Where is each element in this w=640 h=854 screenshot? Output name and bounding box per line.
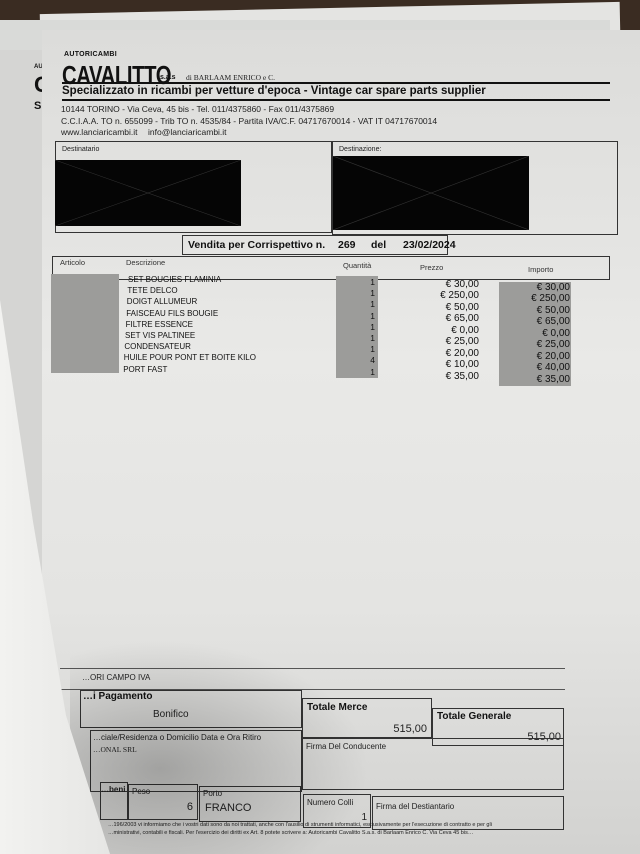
item-quantity: 1	[340, 367, 375, 377]
item-quantity: 1	[340, 322, 375, 332]
header-price: Prezzo	[420, 263, 443, 272]
item-price: € 30,00	[400, 279, 479, 290]
packages-label: Numero Colli	[307, 798, 353, 807]
item-quantity: 1	[340, 311, 375, 321]
address-line: 10144 TORINO - Via Ceva, 45 bis - Tel. 0…	[61, 104, 334, 114]
divider	[62, 99, 610, 101]
item-quantity: 1	[340, 333, 375, 343]
item-description: SET BOUGIES FLAMINIA	[128, 275, 221, 284]
recipient-label: Destinatario	[62, 146, 99, 153]
privacy-note-line1: …196/2003 vi informiamo che i vostri dat…	[108, 822, 492, 828]
item-price: € 10,00	[400, 359, 479, 370]
item-description: FILTRE ESSENCE	[126, 320, 193, 329]
document-number: 269	[338, 239, 356, 251]
brand-top: AUTORICAMBI	[64, 51, 117, 58]
item-description: DOIGT ALLUMEUR	[127, 297, 198, 306]
destination-redaction	[333, 156, 529, 230]
brand-owner: di BARLAAM ENRICO e C.	[186, 73, 275, 82]
weight-box: Peso 6	[128, 784, 198, 820]
item-quantity: 1	[340, 288, 375, 298]
goods-box: …beni	[100, 782, 128, 820]
document-date: 23/02/2024	[403, 239, 456, 251]
item-amount: € 40,00	[500, 362, 570, 373]
item-price: € 35,00	[400, 371, 479, 382]
item-description: HUILE POUR PONT ET BOITE KILO	[124, 353, 256, 362]
residence-value: …ONAL SRL	[93, 745, 137, 754]
residence-label: …ciale/Residenza o Domicilio Data e Ora …	[93, 733, 261, 742]
payment-value: Bonifico	[153, 709, 189, 720]
item-amount: € 250,00	[500, 293, 570, 304]
item-price: € 50,00	[400, 302, 479, 313]
item-price: € 65,00	[400, 313, 479, 324]
item-amount: € 50,00	[500, 305, 570, 316]
header-amount: Importo	[528, 265, 553, 274]
item-description: SET VIS PALTINEE	[125, 331, 195, 340]
driver-signature-box: Firma Del Conducente	[302, 738, 564, 790]
item-quantity: 1	[340, 299, 375, 309]
item-amount: € 30,00	[500, 282, 570, 293]
port-value: FRANCO	[205, 802, 251, 814]
item-quantity: 1	[340, 277, 375, 287]
brand-suffix: s.a.s	[160, 74, 176, 81]
item-description: PORT FAST	[123, 365, 167, 374]
port-label: Porto	[203, 789, 222, 798]
vat-note: …ORI CAMPO IVA	[82, 673, 150, 682]
item-quantity: 4	[340, 355, 375, 365]
driver-signature-label: Firma Del Conducente	[306, 742, 386, 751]
item-description: TETE DELCO	[127, 286, 177, 295]
item-description: CONDENSATEUR	[124, 342, 191, 351]
port-box: Porto FRANCO	[199, 786, 301, 822]
document-title: Vendita per Corrispettivo n.	[188, 239, 325, 251]
registry-line: C.C.I.A.A. TO n. 655099 - Trib TO n. 453…	[61, 116, 437, 126]
tagline: Specializzato in ricambi per vetture d'e…	[62, 85, 486, 97]
vat-note-row: …ORI CAMPO IVA	[60, 668, 565, 690]
item-price: € 20,00	[400, 348, 479, 359]
item-amount: € 65,00	[500, 316, 570, 327]
item-amount: € 25,00	[500, 339, 570, 350]
item-price: € 0,00	[400, 325, 479, 336]
goods-label: …beni	[101, 785, 125, 794]
article-column	[51, 274, 119, 373]
recipient-signature-label: Firma del Destiantario	[376, 802, 454, 811]
document-date-label: del	[371, 239, 386, 251]
item-price: € 250,00	[400, 290, 479, 301]
item-description: FAISCEAU FILS BOUGIE	[126, 309, 218, 318]
total-goods-label: Totale Merce	[307, 702, 367, 713]
item-amount: € 0,00	[500, 328, 570, 339]
payment-label: …i Pagamento	[83, 691, 152, 702]
weight-label: Peso	[132, 787, 150, 796]
grand-total-label: Totale Generale	[437, 711, 511, 722]
divider	[62, 82, 610, 84]
item-amount: € 35,00	[500, 374, 570, 385]
header-article: Articolo	[60, 258, 85, 267]
privacy-note-line2: …ministrativi, contabili e fiscali. Per …	[108, 830, 473, 836]
item-price: € 25,00	[400, 336, 479, 347]
total-goods-box: Totale Merce 515,00	[302, 698, 432, 738]
underlying-text: S	[34, 100, 41, 112]
destination-label: Destinazione:	[339, 146, 381, 153]
total-goods-value: 515,00	[393, 723, 427, 735]
weight-value: 6	[187, 801, 193, 813]
email-link[interactable]: info@lanciaricambi.it	[148, 127, 227, 137]
payment-box: …i Pagamento Bonifico	[80, 690, 302, 728]
header-quantity: Quantità	[343, 261, 371, 270]
item-quantity: 1	[340, 344, 375, 354]
web-link[interactable]: www.lanciaricambi.it	[61, 127, 138, 137]
header-description: Descrizione	[126, 258, 165, 267]
recipient-redaction	[55, 160, 241, 226]
item-amount: € 20,00	[500, 351, 570, 362]
